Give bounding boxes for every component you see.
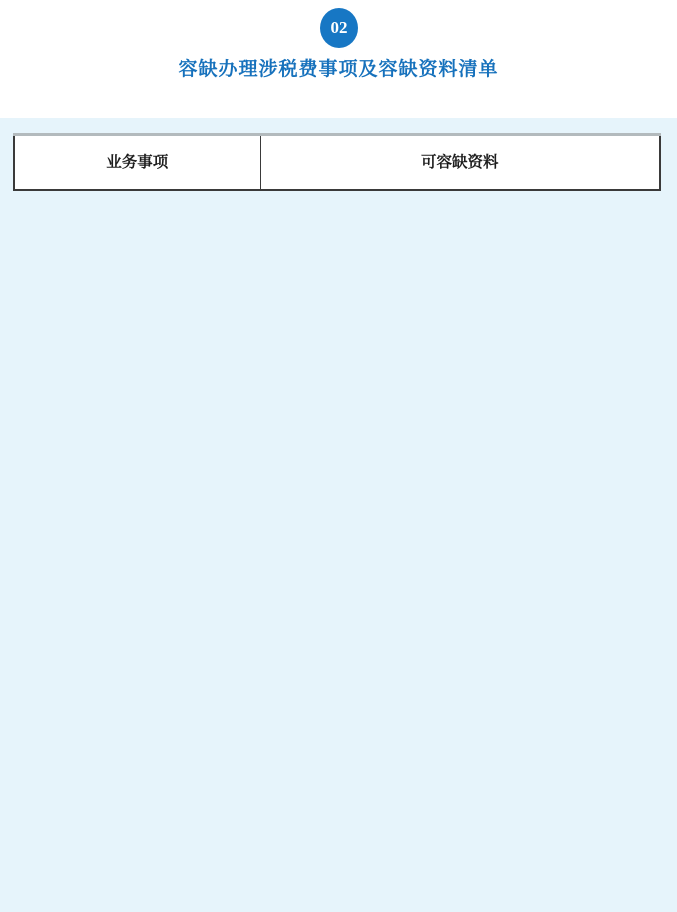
content-area: 业务事项 可容缺资料: [0, 118, 677, 912]
section-number-badge: 02: [320, 8, 358, 48]
document-header: 02 容缺办理涉税费事项及容缺资料清单: [0, 0, 677, 118]
materials-table: 业务事项 可容缺资料: [13, 133, 661, 191]
col-header-business-item: 业务事项: [14, 135, 260, 190]
section-number: 02: [331, 18, 348, 38]
page-title: 容缺办理涉税费事项及容缺资料清单: [0, 54, 677, 81]
table-header-row: 业务事项 可容缺资料: [14, 135, 660, 190]
col-header-materials: 可容缺资料: [260, 135, 660, 190]
document-page: 02 容缺办理涉税费事项及容缺资料清单 业务事项 可容缺资料: [0, 0, 677, 912]
